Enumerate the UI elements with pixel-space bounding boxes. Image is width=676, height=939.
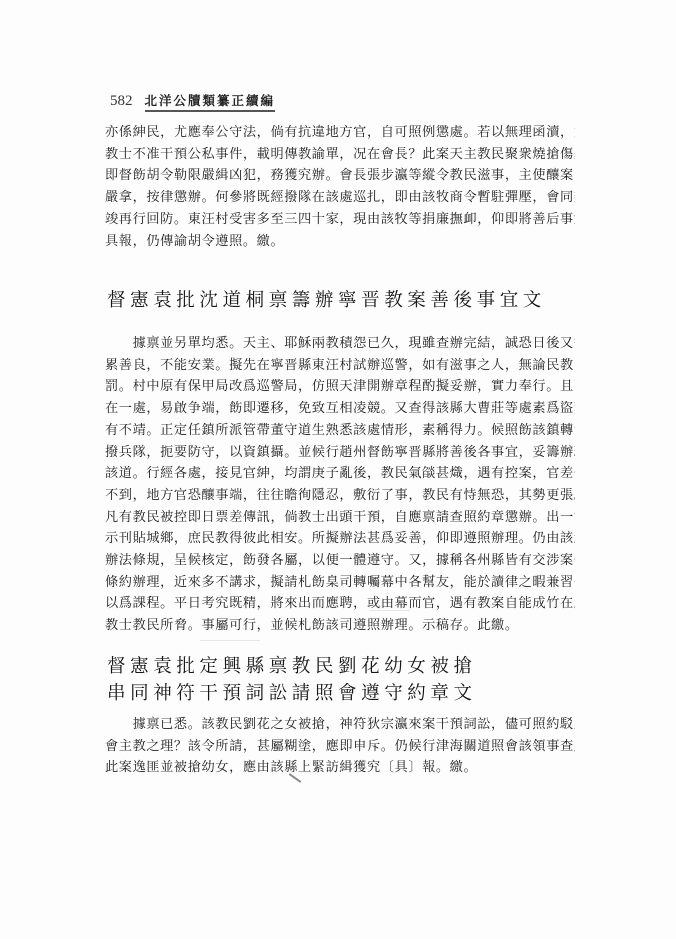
- text-line: 據禀已悉。該教民劉花之女被搶，神符狄宗瀛來案干預詞訟，儘可照約駁斥，豈有照: [105, 714, 575, 736]
- running-head: 582 北洋公牘類纂正續編: [110, 91, 275, 112]
- document-page: 582 北洋公牘類纂正續編 亦係紳民，尤應奉公守法，倘有抗違地方官，自可照例懲處…: [0, 0, 676, 939]
- text-line: 不到，地方官恐釀事端，往往瞻徇隱忍，敷衍了事，教民有恃無恐，其勢更張。擬請嗣後: [105, 485, 575, 507]
- text-line: 亦係紳民，尤應奉公守法，倘有抗違地方官，自可照例懲處。若以無理函瀆，尤當查究。: [105, 122, 575, 144]
- text-line: 凡有教民被控即日票差傳訊，倘教士出頭干預，自應禀請查照約章懲辦。出一簡明淺白告: [105, 507, 575, 529]
- text-line: 據禀並另單均悉。天主、耶穌兩教積怨已久，現雖查辦完結，誠恐日後又復尋仇，貽: [105, 333, 575, 355]
- scan-smudge: [370, 610, 410, 611]
- book-title: 北洋公牘類纂正續編: [145, 91, 276, 112]
- text-line: 撥兵隊，扼要防守，以資鎮攝。並候行趙州督飭寧晋縣將善後各事宜，妥籌辦理，具報至: [105, 442, 575, 464]
- text-line: 有不靖。正定任鎮所派管帶董守道生熟悉該處情形，素稱得力。候照飭該鎮轉飭該守，酌: [105, 420, 575, 442]
- text-line: 即督飭胡令勒限嚴緝凶犯，務獲究辦。會長張步瀛等縱令教民滋事，主使釀案，亦即一併: [105, 165, 575, 187]
- text-line: 條約辦理，近來多不講求，擬請札飭臬司轉囑幕中各幫友，能於讀律之暇兼習公法約章，: [105, 572, 575, 594]
- section-2-body: 據禀已悉。該教民劉花之女被搶，神符狄宗瀛來案干預詞訟，儘可照約駁斥，豈有照 會主…: [105, 714, 575, 779]
- section-heading-2: 督憲袁批定興縣禀教民劉花幼女被搶 串同神符干預詞訟請照會遵守約章文: [107, 653, 477, 707]
- text-line: 該道。行經各處，接見官紳，均謂庚子亂後，教民氣燄甚熾，遇有控案，官差傳喚，隱匿: [105, 463, 575, 485]
- text-line: 在一處，易啟争端，飭即遷移，免致互相凌競。又查得該縣大曹莊等處素爲盜藪，教民亦: [105, 398, 575, 420]
- section-1-body: 據禀並另單均悉。天主、耶穌兩教積怨已久，現雖查辦完結，誠恐日後又復尋仇，貽 累善…: [105, 333, 575, 637]
- text-line: 教士教民所脅。事屬可行，並候札飭該司遵照辦理。示稿存。此繳。: [105, 615, 575, 637]
- text-line: 示刊貼城鄉，庶民教得彼此相安。所擬辦法甚爲妥善，仰即遵照辦理。仍由該道妥擬簡明: [105, 528, 575, 550]
- text-line: 此案逸匪並被搶幼女，應由該縣上緊訪緝獲究〔具〕報。繳。: [105, 757, 575, 779]
- text-line: 竣再行回防。東汪村受害多至三四十家，現由該牧等捐廉撫卹，仰即將善后事宜妥籌辦結: [105, 209, 575, 231]
- section-heading-1: 督憲袁批沈道桐禀籌辦寧晋教案善後事宜文: [107, 287, 546, 314]
- text-line: 以爲課程。平日考究既精，將來出而應聘，或由幕而官，遇有教案自能成竹在胸，不致爲: [105, 593, 575, 615]
- heading-line: 督憲袁批定興縣禀教民劉花幼女被搶: [107, 653, 477, 680]
- text-line: 嚴拿，按律懲辦。何參將既經撥隊在該處巡扎，即由該牧商令暫駐彈壓，會同辦案，俟事: [105, 187, 575, 209]
- text-line: 累善良，不能安業。擬先在寧晋縣東汪村試辦巡警，如有滋事之人，無論民教，即應懲: [105, 355, 575, 377]
- text-line: 罰。村中原有保甲局改爲巡警局，仿照天津開辦章程酌擬妥辦，實力奉行。且兩教講堂同: [105, 376, 575, 398]
- text-line: 會主教之理？該令所請，甚屬糊塗，應即申斥。仍候行津海關道照會該領事查照飭遵。至: [105, 736, 575, 758]
- text-line: 具報，仍傳諭胡令遵照。繳。: [105, 231, 575, 253]
- scan-smudge: [200, 640, 260, 641]
- heading-line: 督憲袁批沈道桐禀籌辦寧晋教案善後事宜文: [107, 287, 546, 314]
- text-line: 辦法條規，呈候核定，飭發各屬，以便一體遵守。又，據稱各州縣皆有交涉案件，應查照: [105, 550, 575, 572]
- text-line: 教士不准干預公私事件，載明傳教諭單，况在會長？此案天主教民聚衆燒搶傷斃二命，仰: [105, 144, 575, 166]
- page-number: 582: [110, 93, 133, 110]
- continued-paragraph: 亦係紳民，尤應奉公守法，倘有抗違地方官，自可照例懲處。若以無理函瀆，尤當查究。 …: [105, 122, 575, 252]
- heading-line: 串同神符干預詞訟請照會遵守約章文: [107, 680, 477, 707]
